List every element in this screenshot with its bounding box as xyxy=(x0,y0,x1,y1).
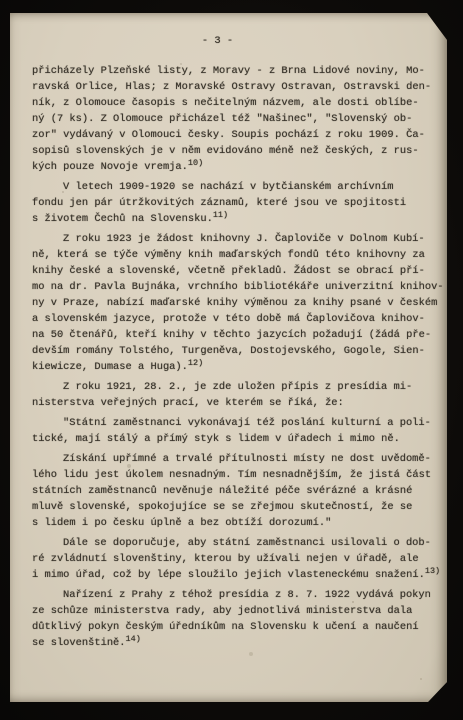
footnote-ref: 12) xyxy=(188,358,203,368)
page-number: - 3 - xyxy=(10,33,425,49)
paragraph-text: Z roku 1921, 28. 2., je zde uložen přípi… xyxy=(32,381,412,409)
paragraph-text: Dále se doporučuje, aby státní zaměstnan… xyxy=(32,537,431,581)
paragraph-text: Nařízení z Prahy z téhož presídia z 8. 7… xyxy=(32,589,431,649)
paragraph: V letech 1909-1920 se nachází v bytčians… xyxy=(32,179,448,227)
paragraph-text: "Státní zaměstnanci vykonávají též poslá… xyxy=(32,417,431,445)
paragraph-quote: Získání upřímné a trvalé přítulnosti mís… xyxy=(32,451,448,531)
paragraph: Dále se doporučuje, aby státní zaměstnan… xyxy=(32,535,448,583)
paragraph: Z roku 1921, 28. 2., je zde uložen přípi… xyxy=(32,379,448,411)
paragraph: Z roku 1923 je žádost knihovny J. Čaplov… xyxy=(32,231,448,375)
document-page: - 3 - přicházely Plzeňské listy, z Morav… xyxy=(10,13,447,702)
footnote-ref: 14) xyxy=(126,634,141,644)
paragraph-text: Z roku 1923 je žádost knihovny J. Čaplov… xyxy=(32,233,444,373)
document-body: přicházely Plzeňské listy, z Moravy - z … xyxy=(32,63,448,655)
paragraph: Nařízení z Prahy z téhož presídia z 8. 7… xyxy=(32,587,448,651)
paragraph-quote: "Státní zaměstnanci vykonávají též poslá… xyxy=(32,415,448,447)
footnote-ref: 11) xyxy=(213,210,228,220)
footnote-ref: 13) xyxy=(425,566,440,576)
paragraph-text: Získání upřímné a trvalé přítulnosti mís… xyxy=(32,453,431,529)
footnote-ref: 10) xyxy=(188,158,203,168)
paragraph-text: přicházely Plzeňské listy, z Moravy - z … xyxy=(32,65,431,173)
paragraph: přicházely Plzeňské listy, z Moravy - z … xyxy=(32,63,448,175)
